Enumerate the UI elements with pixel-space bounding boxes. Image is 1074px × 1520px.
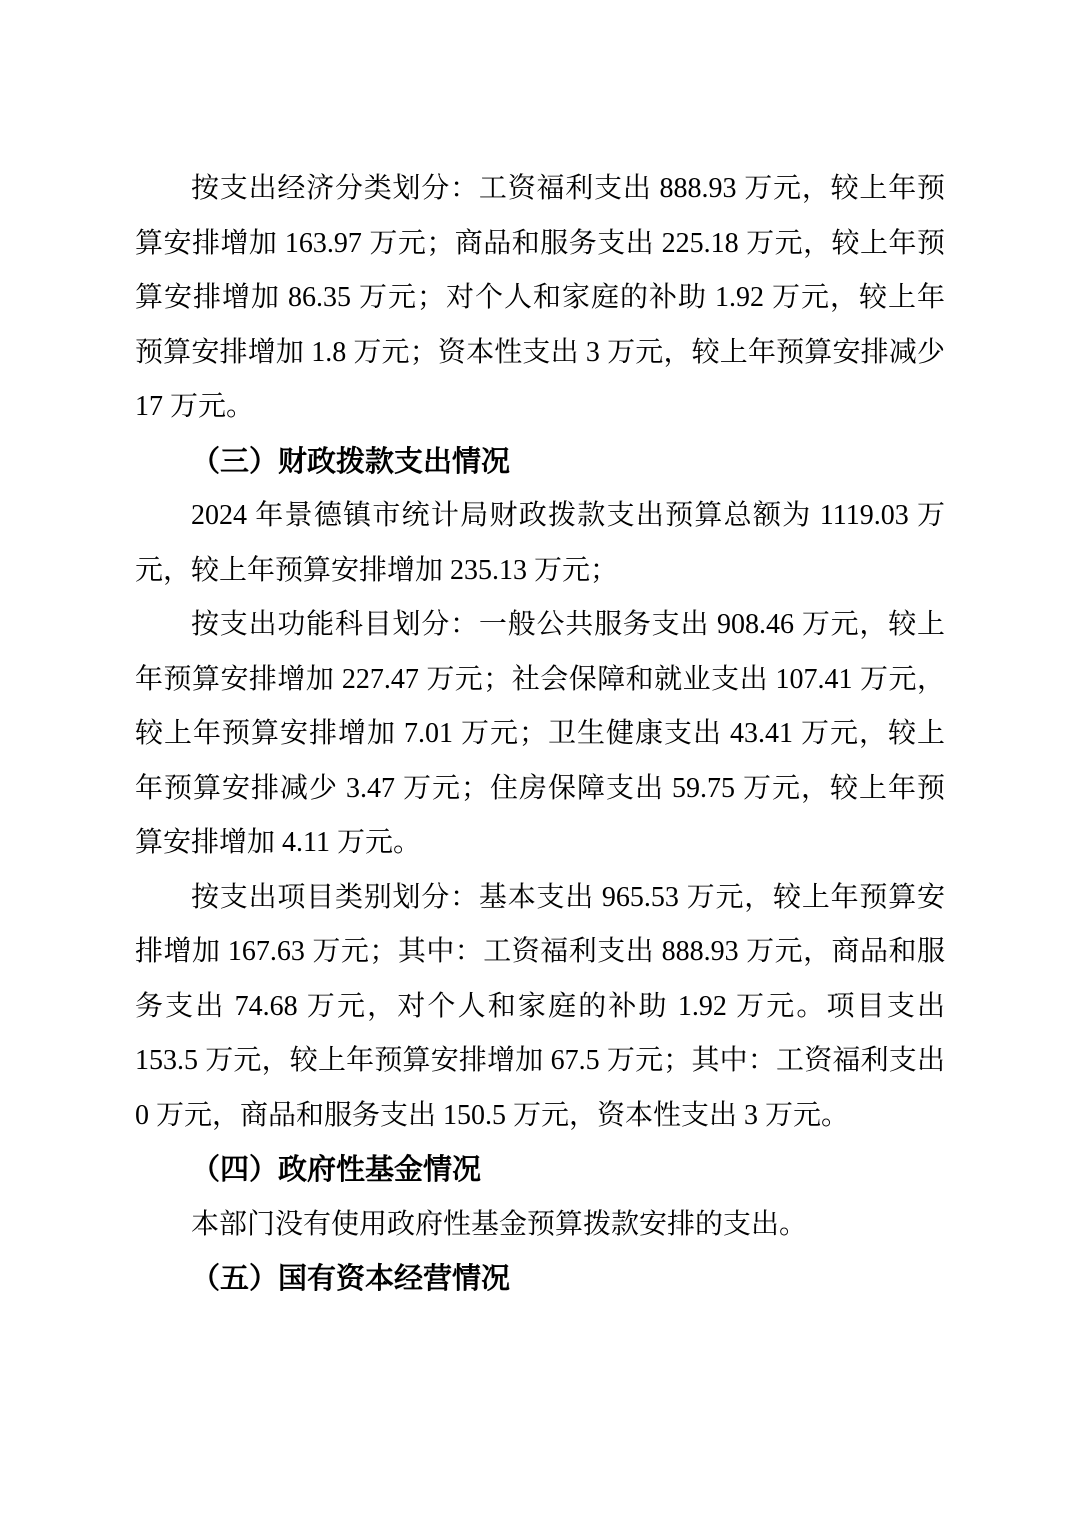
paragraph-expenditure-economic-classification: 按支出经济分类划分：工资福利支出 888.93 万元，较上年预算安排增加 163… <box>135 162 945 435</box>
document-page: 按支出经济分类划分：工资福利支出 888.93 万元，较上年预算安排增加 163… <box>0 0 1074 1520</box>
heading-section-four-government-funds: （四）政府性基金情况 <box>135 1143 945 1198</box>
paragraph-government-funds-statement: 本部门没有使用政府性基金预算拨款安排的支出。 <box>135 1198 945 1253</box>
document-body: 按支出经济分类划分：工资福利支出 888.93 万元，较上年预算安排增加 163… <box>135 162 945 1307</box>
paragraph-expenditure-functional-classification: 按支出功能科目划分：一般公共服务支出 908.46 万元，较上年预算安排增加 2… <box>135 598 945 871</box>
heading-section-five-state-owned-capital: （五）国有资本经营情况 <box>135 1252 945 1307</box>
paragraph-fiscal-appropriation-total: 2024 年景德镇市统计局财政拨款支出预算总额为 1119.03 万元，较上年预… <box>135 489 945 598</box>
paragraph-expenditure-project-classification: 按支出项目类别划分：基本支出 965.53 万元，较上年预算安排增加 167.6… <box>135 871 945 1144</box>
heading-section-three-fiscal-appropriation-expenditure: （三）财政拨款支出情况 <box>135 435 945 490</box>
